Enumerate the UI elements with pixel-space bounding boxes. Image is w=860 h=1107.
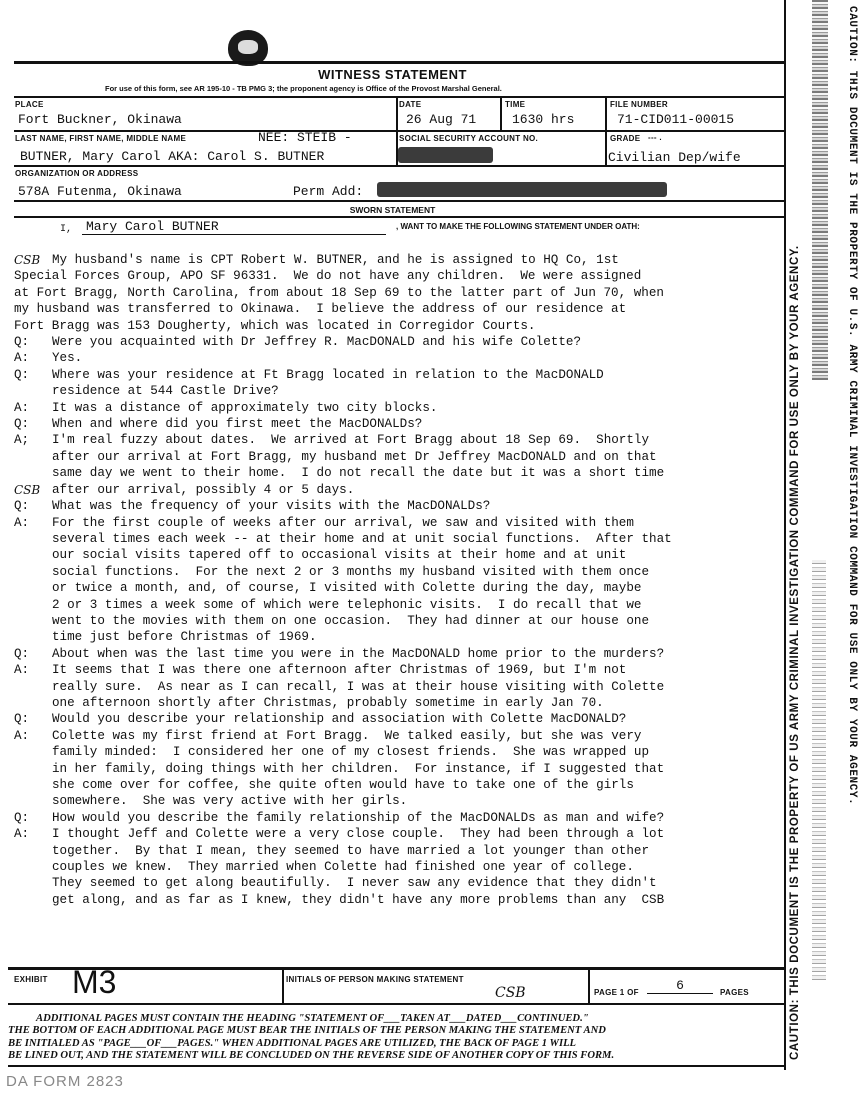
- statement-text: It was a distance of approximately two c…: [52, 400, 784, 416]
- grade-value: Civilian Dep/wife: [608, 150, 741, 165]
- statement-line: or twice a month, and, of course, I visi…: [14, 580, 784, 596]
- initials-label: INITIALS OF PERSON MAKING STATEMENT: [286, 975, 464, 984]
- statement-text: I thought Jeff and Colette were a very c…: [52, 826, 784, 842]
- statement-text: time just before Christmas of 1969.: [52, 629, 784, 645]
- form-number: DA FORM 2823: [6, 1073, 124, 1090]
- time-label: TIME: [505, 100, 525, 109]
- organization-value: 578A Futenma, Okinawa: [18, 184, 182, 199]
- statement-text: It seems that I was there one afternoon …: [52, 662, 784, 678]
- statement-line: somewhere. She was very active with her …: [14, 793, 784, 809]
- exhibit-label: EXHIBIT: [14, 975, 48, 984]
- qa-marker: [14, 892, 52, 908]
- statement-text: get along, and as far as I knew, they di…: [52, 892, 784, 908]
- qa-marker: [14, 695, 52, 711]
- statement-text: Fort Bragg was 153 Dougherty, which was …: [14, 318, 784, 334]
- side-strip-texture: [812, 0, 828, 380]
- qa-marker: Q:: [14, 416, 52, 432]
- statement-text: I'm real fuzzy about dates. We arrived a…: [52, 432, 784, 448]
- statement-text: social functions. For the next 2 or 3 mo…: [52, 564, 784, 580]
- margin-initials: CSB: [14, 252, 52, 268]
- statement-line: Special Forces Group, APO SF 96331. We d…: [14, 268, 784, 284]
- statement-line: our social visits tapered off to occasio…: [14, 547, 784, 563]
- statement-text: Colette was my first friend at Fort Brag…: [52, 728, 784, 744]
- ssn-label: SOCIAL SECURITY ACCOUNT NO.: [399, 134, 538, 143]
- statement-line: Q:What was the frequency of your visits …: [14, 498, 784, 514]
- statement-text: Where was your residence at Ft Bragg loc…: [52, 367, 784, 383]
- qa-marker: Q:: [14, 810, 52, 826]
- qa-marker: A:: [14, 350, 52, 366]
- statement-line: A:Colette was my first friend at Fort Br…: [14, 728, 784, 744]
- qa-marker: [14, 580, 52, 596]
- qa-marker: [14, 793, 52, 809]
- form-authority-note: For use of this form, see AR 195-10 - TB…: [105, 84, 502, 93]
- qa-marker: Q:: [14, 334, 52, 350]
- qa-marker: [14, 383, 52, 399]
- qa-marker: A:: [14, 400, 52, 416]
- statement-text: Special Forces Group, APO SF 96331. We d…: [14, 268, 784, 284]
- nee-value: NEE: STEIB -: [258, 130, 352, 145]
- statement-text: in her family, doing things with her chi…: [52, 761, 784, 777]
- grid-divider: [500, 96, 502, 130]
- qa-marker: [14, 744, 52, 760]
- perm-address-label: Perm Add:: [293, 184, 363, 199]
- statement-text: together. By that I mean, they seemed to…: [52, 843, 784, 859]
- pages-label: PAGES: [720, 988, 749, 997]
- qa-marker: Q:: [14, 646, 52, 662]
- margin-initials: CSB: [14, 482, 52, 498]
- statement-text: Yes.: [52, 350, 784, 366]
- qa-marker: [14, 613, 52, 629]
- statement-line: went to the movies with them on one occa…: [14, 613, 784, 629]
- statement-text: My husband's name is CPT Robert W. BUTNE…: [52, 252, 784, 268]
- statement-text: When and where did you first meet the Ma…: [52, 416, 784, 432]
- statement-text: For the first couple of weeks after our …: [52, 515, 784, 531]
- i-label: I,: [60, 224, 72, 235]
- statement-line: Q:Where was your residence at Ft Bragg l…: [14, 367, 784, 383]
- statement-text: really sure. As near as I can recall, I …: [52, 679, 784, 695]
- statement-line: couples we knew. They married when Colet…: [14, 859, 784, 875]
- statement-text: 2 or 3 times a week some of which were t…: [52, 597, 784, 613]
- statement-text: my husband was transferred to Okinawa. I…: [14, 301, 784, 317]
- statement-text: went to the movies with them on one occa…: [52, 613, 784, 629]
- file-number-label: FILE NUMBER: [610, 100, 668, 109]
- qa-marker: [14, 629, 52, 645]
- grid-rule: [14, 130, 785, 132]
- statement-line: A:I thought Jeff and Colette were a very…: [14, 826, 784, 842]
- statement-text: several times each week -- at their home…: [52, 531, 784, 547]
- statement-text: our social visits tapered off to occasio…: [52, 547, 784, 563]
- statement-line: Q:Were you acquainted with Dr Jeffrey R.…: [14, 334, 784, 350]
- statement-text: About when was the last time you were in…: [52, 646, 784, 662]
- statement-text: What was the frequency of your visits wi…: [52, 498, 784, 514]
- statement-line: A:Yes.: [14, 350, 784, 366]
- grade-label: GRADE: [610, 134, 640, 143]
- statement-line: my husband was transferred to Okinawa. I…: [14, 301, 784, 317]
- footer-divider: [588, 968, 590, 1004]
- page-label: PAGE 1 OF: [594, 988, 639, 997]
- qa-marker: [14, 679, 52, 695]
- qa-marker: Q:: [14, 367, 52, 383]
- footer-top-rule: [8, 967, 785, 970]
- swearer-name: Mary Carol BUTNER: [82, 219, 386, 235]
- additional-pages-instructions: ADDITIONAL PAGES MUST CONTAIN THE HEADIN…: [8, 1013, 783, 1063]
- statement-text: she come over for coffee, she quite ofte…: [52, 777, 784, 793]
- statement-text: one afternoon shortly after Christmas, p…: [52, 695, 784, 711]
- date-label: DATE: [399, 100, 421, 109]
- side-border: [784, 0, 786, 1070]
- statement-line: social functions. For the next 2 or 3 mo…: [14, 564, 784, 580]
- statement-line: 2 or 3 times a week some of which were t…: [14, 597, 784, 613]
- qa-marker: A;: [14, 432, 52, 448]
- statement-text: couples we knew. They married when Colet…: [52, 859, 784, 875]
- qa-marker: [14, 564, 52, 580]
- date-value: 26 Aug 71: [406, 112, 476, 127]
- side-strip-texture: [812, 560, 826, 980]
- statement-line: get along, and as far as I knew, they di…: [14, 892, 784, 908]
- oath-text: , WANT TO MAKE THE FOLLOWING STATEMENT U…: [396, 222, 640, 231]
- grid-rule: [14, 200, 785, 202]
- statement-line: CSBafter our arrival, possibly 4 or 5 da…: [14, 482, 784, 498]
- statement-line: she come over for coffee, she quite ofte…: [14, 777, 784, 793]
- statement-line: family minded: I considered her one of m…: [14, 744, 784, 760]
- footer-mid-rule: [8, 1003, 785, 1005]
- statement-text: at Fort Bragg, North Carolina, from abou…: [14, 285, 784, 301]
- caution-stamp-inner: CAUTION: THIS DOCUMENT IS THE PROPERTY O…: [789, 245, 801, 1060]
- instruction-line: BE INITIALED AS "PAGE___OF___PAGES." WHE…: [8, 1038, 783, 1050]
- footer-bottom-rule: [8, 1065, 785, 1067]
- statement-text: family minded: I considered her one of m…: [52, 744, 784, 760]
- organization-label: ORGANIZATION OR ADDRESS: [15, 169, 138, 178]
- header-rule: [14, 96, 785, 98]
- statement-text: same day we went to their home. I do not…: [52, 465, 784, 481]
- perm-address-redaction: [377, 182, 667, 197]
- statement-text: They seemed to get along beautifully. I …: [52, 875, 784, 891]
- initials-value: CSB: [495, 985, 526, 1001]
- statement-text: residence at 544 Castle Drive?: [52, 383, 784, 399]
- statement-line: Q:How would you describe the family rela…: [14, 810, 784, 826]
- place-label: PLACE: [15, 100, 44, 109]
- statement-text: How would you describe the family relati…: [52, 810, 784, 826]
- qa-marker: [14, 777, 52, 793]
- statement-line: Fort Bragg was 153 Dougherty, which was …: [14, 318, 784, 334]
- statement-line: Q:About when was the last time you were …: [14, 646, 784, 662]
- statement-line: A;I'm real fuzzy about dates. We arrived…: [14, 432, 784, 448]
- exhibit-value: M3: [72, 964, 116, 1001]
- statement-line: together. By that I mean, they seemed to…: [14, 843, 784, 859]
- place-value: Fort Buckner, Okinawa: [18, 112, 182, 127]
- statement-text: Would you describe your relationship and…: [52, 711, 784, 727]
- statement-text: or twice a month, and, of course, I visi…: [52, 580, 784, 596]
- qa-marker: [14, 875, 52, 891]
- qa-marker: Q:: [14, 498, 52, 514]
- qa-marker: [14, 761, 52, 777]
- qa-marker: [14, 531, 52, 547]
- qa-marker: [14, 465, 52, 481]
- qa-marker: A:: [14, 728, 52, 744]
- instruction-line: ADDITIONAL PAGES MUST CONTAIN THE HEADIN…: [8, 1013, 783, 1025]
- qa-marker: [14, 843, 52, 859]
- statement-line: They seemed to get along beautifully. I …: [14, 875, 784, 891]
- form-title: WITNESS STATEMENT: [0, 67, 785, 82]
- statement-line: really sure. As near as I can recall, I …: [14, 679, 784, 695]
- statement-line: A:For the first couple of weeks after ou…: [14, 515, 784, 531]
- top-rule: [14, 61, 785, 64]
- qa-marker: [14, 449, 52, 465]
- instruction-line: BE LINED OUT, AND THE STATEMENT WILL BE …: [8, 1050, 783, 1062]
- statement-line: in her family, doing things with her chi…: [14, 761, 784, 777]
- statement-text: after our arrival, possibly 4 or 5 days.: [52, 482, 784, 498]
- statement-line: Q:When and where did you first meet the …: [14, 416, 784, 432]
- statement-body: CSBMy husband's name is CPT Robert W. BU…: [14, 252, 784, 908]
- qa-marker: Q:: [14, 711, 52, 727]
- file-number-value: 71-CID011-00015: [617, 112, 734, 127]
- ssn-redaction: [398, 147, 493, 163]
- qa-marker: A:: [14, 662, 52, 678]
- sworn-statement-heading: SWORN STATEMENT: [0, 205, 785, 215]
- grid-rule: [14, 216, 785, 218]
- statement-line: one afternoon shortly after Christmas, p…: [14, 695, 784, 711]
- grade-dots: --- .: [648, 133, 662, 142]
- grid-rule: [14, 165, 785, 167]
- statement-line: same day we went to their home. I do not…: [14, 465, 784, 481]
- statement-line: A:It was a distance of approximately two…: [14, 400, 784, 416]
- instruction-line: THE BOTTOM OF EACH ADDITIONAL PAGE MUST …: [8, 1025, 783, 1037]
- statement-line: residence at 544 Castle Drive?: [14, 383, 784, 399]
- statement-line: A:It seems that I was there one afternoo…: [14, 662, 784, 678]
- caution-stamp-outer: CAUTION: THIS DOCUMENT IS THE PROPERTY O…: [846, 6, 858, 805]
- time-value: 1630 hrs: [512, 112, 574, 127]
- statement-line: at Fort Bragg, North Carolina, from abou…: [14, 285, 784, 301]
- statement-text: after our arrival at Fort Bragg, my husb…: [52, 449, 784, 465]
- statement-text: somewhere. She was very active with her …: [52, 793, 784, 809]
- statement-line: CSBMy husband's name is CPT Robert W. BU…: [14, 252, 784, 268]
- statement-text: Were you acquainted with Dr Jeffrey R. M…: [52, 334, 784, 350]
- statement-line: time just before Christmas of 1969.: [14, 629, 784, 645]
- qa-marker: [14, 547, 52, 563]
- qa-marker: [14, 597, 52, 613]
- qa-marker: A:: [14, 515, 52, 531]
- name-label: LAST NAME, FIRST NAME, MIDDLE NAME: [15, 134, 186, 143]
- statement-line: after our arrival at Fort Bragg, my husb…: [14, 449, 784, 465]
- qa-marker: A:: [14, 826, 52, 842]
- statement-line: several times each week -- at their home…: [14, 531, 784, 547]
- footer-divider: [282, 968, 284, 1004]
- page-total: 6: [647, 978, 713, 994]
- name-value: BUTNER, Mary Carol AKA: Carol S. BUTNER: [20, 149, 324, 164]
- qa-marker: [14, 859, 52, 875]
- statement-line: Q:Would you describe your relationship a…: [14, 711, 784, 727]
